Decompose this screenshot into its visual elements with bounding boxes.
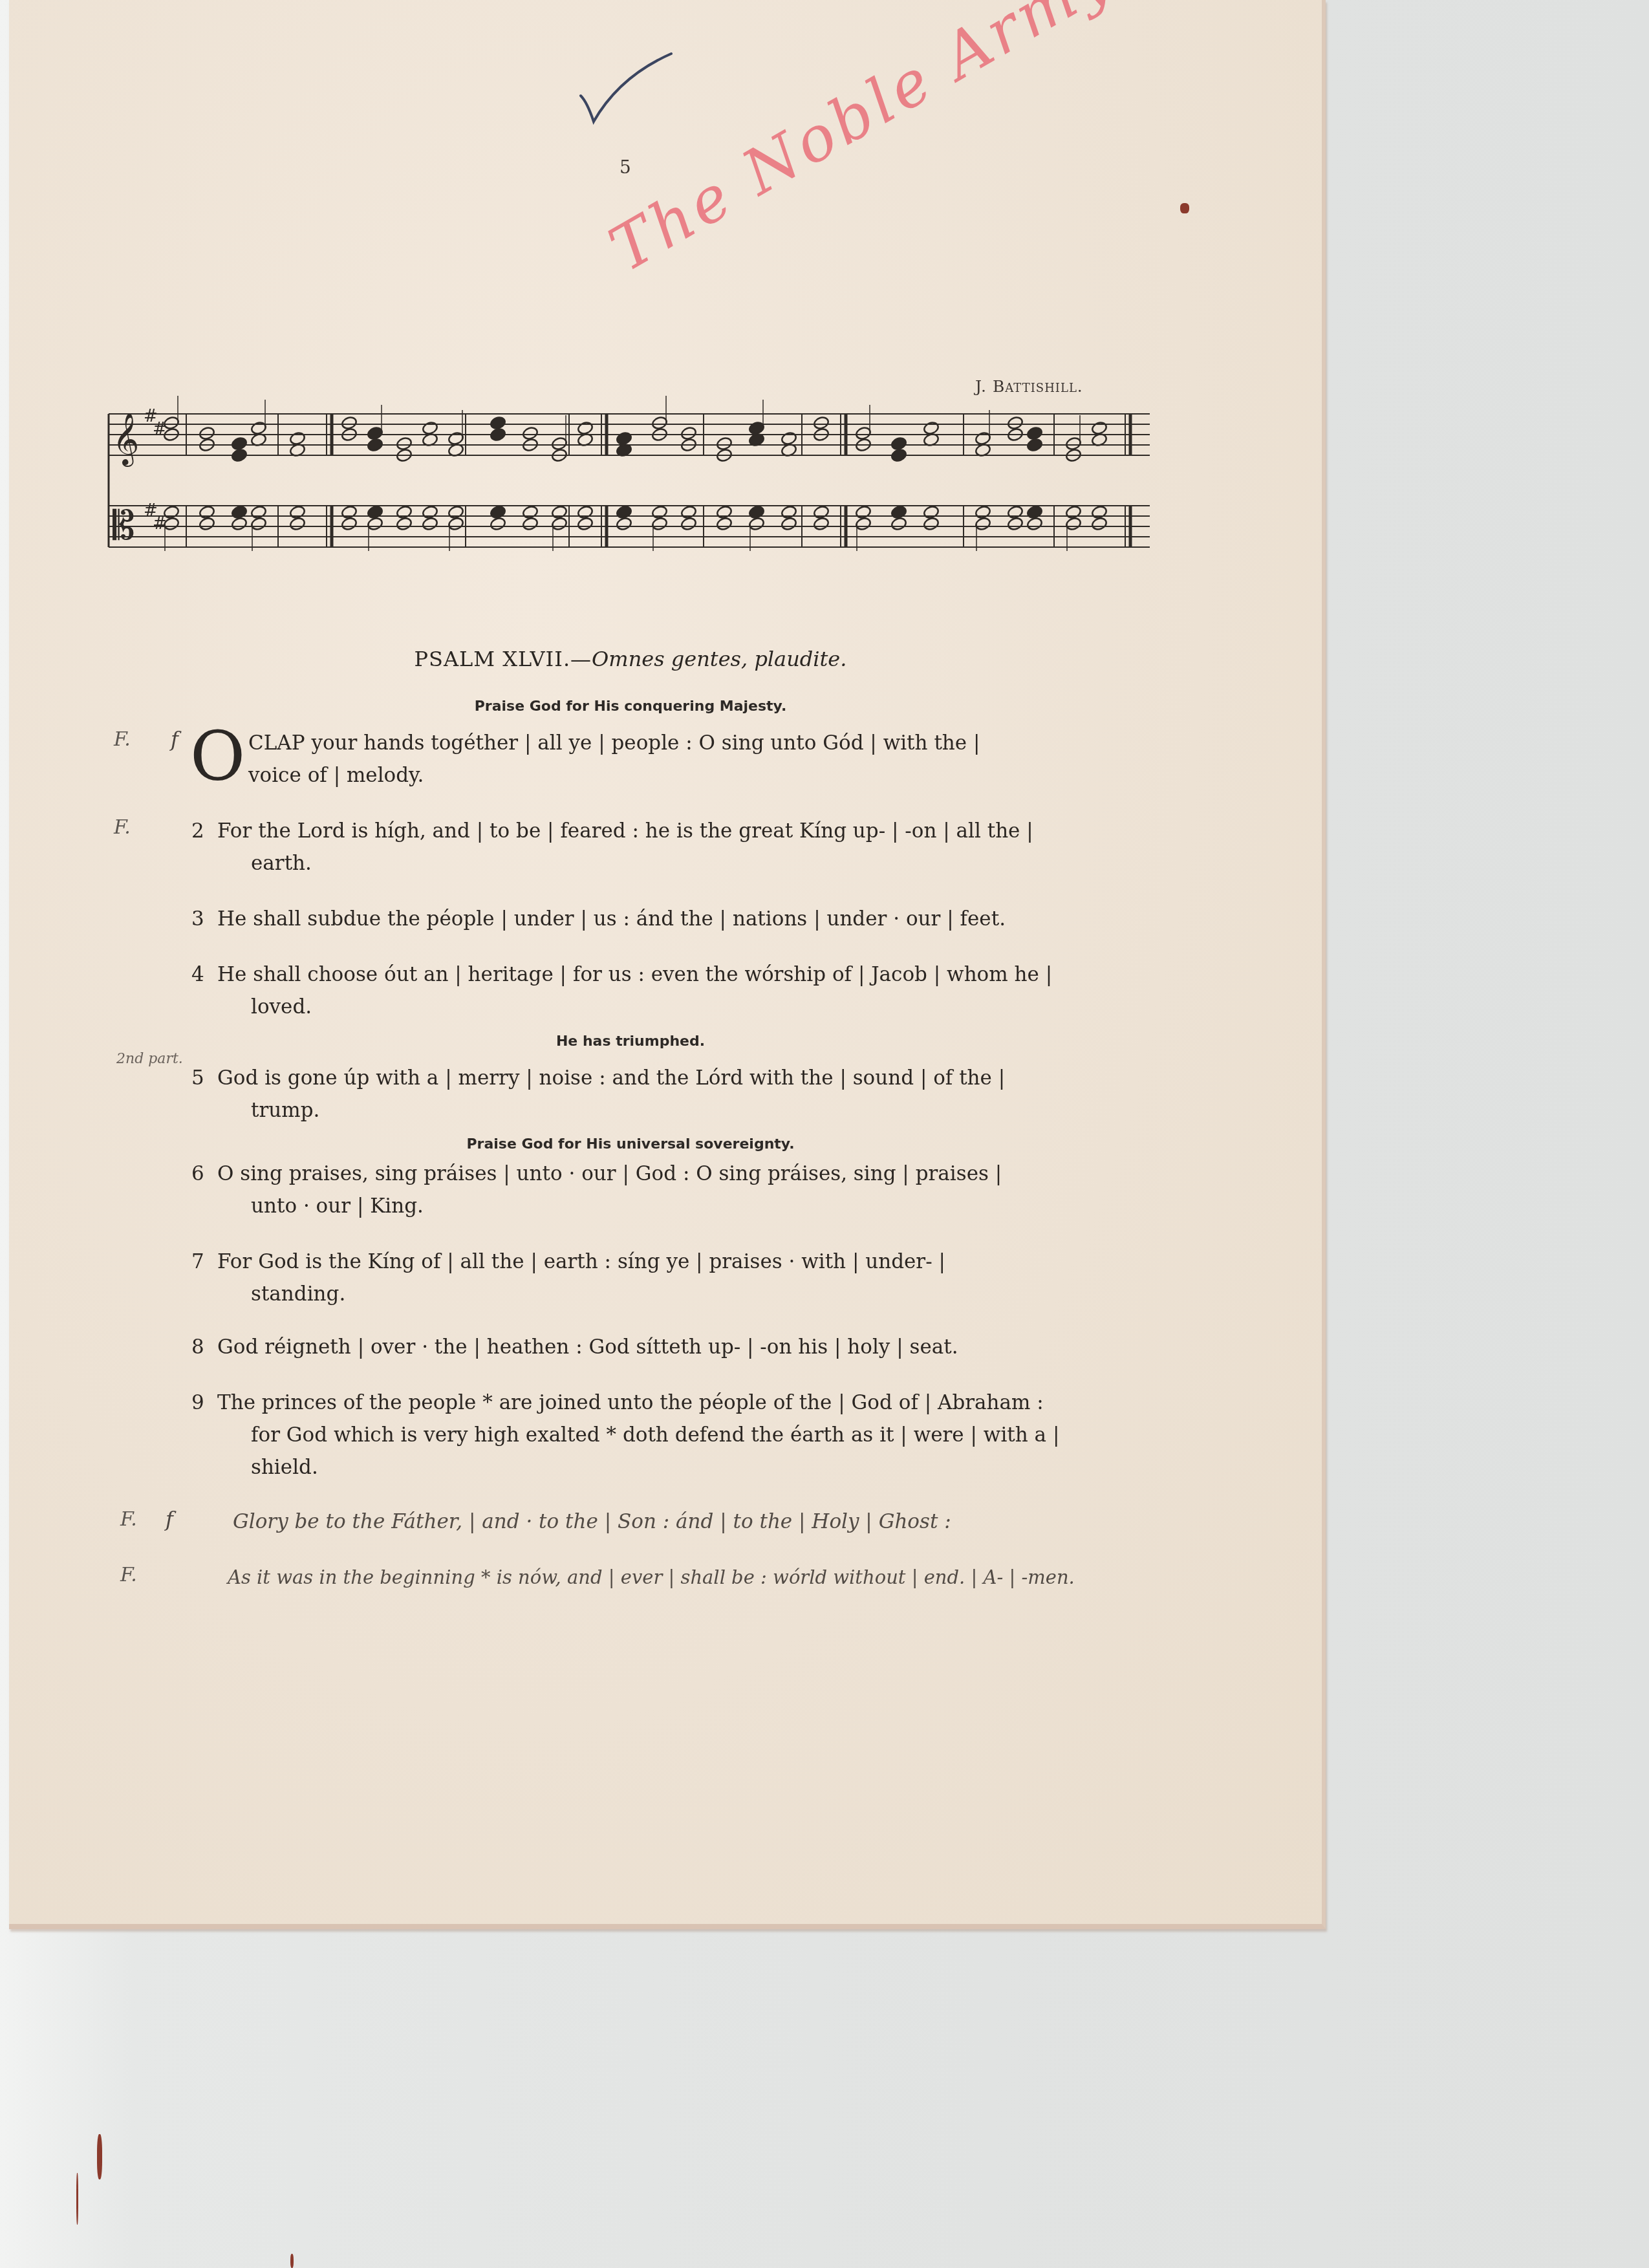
verse-5-number: 5 bbox=[191, 1062, 217, 1094]
verse-9-line-1: The princes of the people * are joined u… bbox=[217, 1391, 1044, 1414]
verse-2-line-2: earth. bbox=[191, 847, 1161, 880]
verse-7: 7For God is the Kíng of | all the | eart… bbox=[191, 1246, 1161, 1310]
verse-7-number: 7 bbox=[191, 1246, 217, 1278]
part-label: 2nd part. bbox=[116, 1051, 183, 1067]
verse-4-number: 4 bbox=[191, 958, 217, 991]
verse-2-number: 2 bbox=[191, 815, 217, 847]
verse-9: 9The princes of the people * are joined … bbox=[191, 1387, 1161, 1484]
verse-2: 2For the Lord is hígh, and | to be | fea… bbox=[191, 815, 1161, 880]
verse-7-line-1: For God is the Kíng of | all the | earth… bbox=[217, 1250, 945, 1273]
verse-3: 3He shall subdue the péople | under | us… bbox=[191, 903, 1161, 935]
svg-text:𝄡: 𝄡 bbox=[113, 502, 135, 549]
section-heading-1: Praise God for His conquering Majesty. bbox=[0, 698, 1261, 715]
gloria-1-dynamic: f bbox=[166, 1507, 173, 1531]
checkmark-icon bbox=[574, 50, 678, 135]
verse-9-line-3: shield. bbox=[191, 1451, 1161, 1484]
gloria-1-margin: F. bbox=[120, 1508, 137, 1531]
page-number: 5 bbox=[620, 157, 631, 178]
section-heading-2: He has triumphed. bbox=[0, 1033, 1261, 1050]
verse-1-dynamic: f bbox=[171, 727, 178, 751]
verse-7-line-2: standing. bbox=[191, 1278, 1161, 1310]
drop-cap: O bbox=[190, 723, 245, 790]
gloria-line-2: As it was in the beginning * is nów, and… bbox=[228, 1561, 1198, 1593]
section-heading-3: Praise God for His universal sovereignty… bbox=[0, 1136, 1261, 1152]
verse-5-line-2: trump. bbox=[191, 1094, 1161, 1127]
verse-5-line-1: God is gone úp with a | merry | noise : … bbox=[217, 1066, 1005, 1090]
scan-mark bbox=[76, 2173, 78, 2225]
psalm-latin-title: Omnes gentes, plaudite. bbox=[592, 647, 846, 671]
verse-1: CLAP your hands togéther | all ye | peop… bbox=[248, 727, 1167, 792]
verse-8-number: 8 bbox=[191, 1331, 217, 1363]
verse-1-line-2: voice of | melody. bbox=[248, 759, 1167, 792]
verse-9-line-2: for God which is very high exalted * dot… bbox=[191, 1419, 1161, 1451]
gloria-2-margin: F. bbox=[120, 1564, 137, 1586]
verse-4: 4He shall choose óut an | heritage | for… bbox=[191, 958, 1161, 1023]
ink-spot bbox=[1180, 203, 1189, 213]
verse-4-line-1: He shall choose óut an | heritage | for … bbox=[217, 963, 1052, 986]
verse-6-line-2: unto · our | King. bbox=[191, 1190, 1161, 1222]
verse-1-margin: F. bbox=[114, 728, 131, 751]
psalm-number: PSALM XLVII.— bbox=[415, 647, 592, 671]
verse-6-line-1: O sing praises, sing práises | unto · ou… bbox=[217, 1162, 1002, 1185]
verse-6: 6O sing praises, sing práises | unto · o… bbox=[191, 1158, 1161, 1222]
music-score: 𝄞𝄡#### bbox=[103, 396, 1154, 570]
verse-3-number: 3 bbox=[191, 903, 217, 935]
verse-6-number: 6 bbox=[191, 1158, 217, 1190]
verse-2-margin: F. bbox=[114, 816, 131, 839]
composer-credit: J. Battishill. bbox=[975, 377, 1083, 396]
verse-5: 5God is gone úp with a | merry | noise :… bbox=[191, 1062, 1161, 1127]
verse-8-line-1: God réigneth | over · the | heathen : Go… bbox=[217, 1335, 958, 1359]
verse-4-line-2: loved. bbox=[191, 991, 1161, 1023]
verse-2-line-1: For the Lord is hígh, and | to be | fear… bbox=[217, 819, 1033, 843]
scan-mark bbox=[97, 2134, 102, 2179]
gloria-line-1: Glory be to the Fáther, | and · to the |… bbox=[233, 1506, 1203, 1538]
svg-text:𝄞: 𝄞 bbox=[113, 412, 139, 467]
psalm-title: PSALM XLVII.—Omnes gentes, plaudite. bbox=[0, 647, 1261, 671]
scan-mark bbox=[290, 2254, 294, 2268]
verse-8: 8God réigneth | over · the | heathen : G… bbox=[191, 1331, 1161, 1363]
verse-1-line-1: CLAP your hands togéther | all ye | peop… bbox=[248, 731, 980, 755]
verse-9-number: 9 bbox=[191, 1387, 217, 1419]
verse-3-line-1: He shall subdue the péople | under | us … bbox=[217, 907, 1006, 931]
